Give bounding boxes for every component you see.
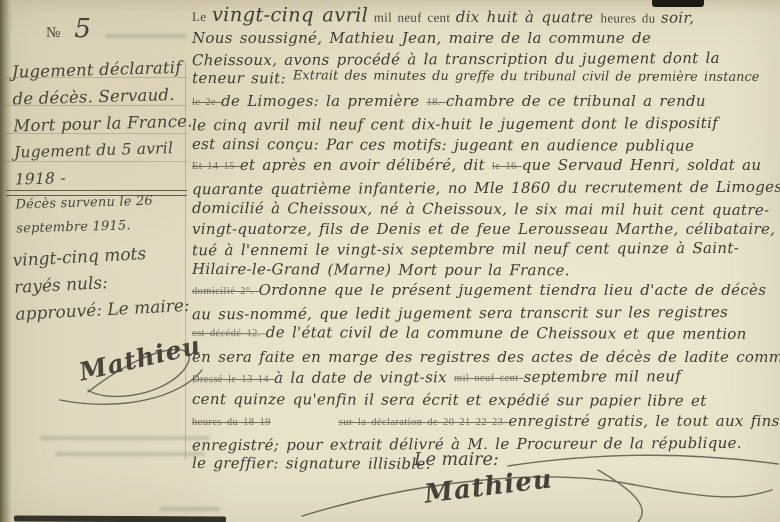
text-segment: le 2e <box>192 97 221 108</box>
text-segment: Dressé le 13 14 <box>192 374 274 385</box>
page-binding-edge <box>0 0 12 522</box>
body-line: Et 14 15 et après en avoir délibéré, dit… <box>192 155 776 178</box>
text-segment: le 16 <box>492 161 522 172</box>
body-line: teneur suit: Extrait des minutes du gref… <box>192 68 776 92</box>
text-segment: soir, <box>661 9 694 27</box>
act-number: №5 <box>46 14 91 44</box>
body-line: Cheissoux, avons procédé à la transcript… <box>192 47 776 70</box>
text-segment: est décédé 12. <box>192 328 266 339</box>
text-segment: mil neuf cent <box>454 373 524 384</box>
margin-annotation-title: Jugement déclaratif de décès. Servaud. M… <box>11 54 196 242</box>
text-segment: Ordonne que le présent jugement tiendra … <box>259 281 767 299</box>
body-line: tué à l'ennemi le vingt-six septembre mi… <box>192 238 776 261</box>
body-line: vingt-quatorze, fils de Denis et de feue… <box>192 219 776 239</box>
text-segment: le greffier: signature illisible. <box>192 454 431 473</box>
margin-annotation-line: Jugement du 5 avril 1918 - <box>14 134 195 193</box>
text-segment: Extrait des minutes du greffe du tribuna… <box>293 68 760 85</box>
text-segment: septembre mil neuf <box>524 367 682 386</box>
ink-bleed-ghost <box>160 507 220 511</box>
text-segment: sur la déclaration de 20 21 22 23 <box>339 417 509 428</box>
text-segment: au sus-nommé, que ledit jugement sera tr… <box>192 303 728 323</box>
scan-artifact-bottom <box>14 515 226 522</box>
act-number-value: 5 <box>74 14 91 44</box>
body-line: Nous soussigné, Mathieu Jean, maire de l… <box>192 28 776 48</box>
body-line: Dressé le 13 14 à la date de vingt-six m… <box>192 366 776 392</box>
body-line: domicilié 2°. Ordonne que le présent jug… <box>192 280 776 303</box>
text-segment: mil neuf cent <box>368 10 456 25</box>
ink-bleed-ghost <box>105 34 187 38</box>
body-line: domicilié à Cheissoux, né à Cheissoux, l… <box>192 198 776 220</box>
text-segment: enregistré gratis, le tout aux fins de d… <box>508 412 780 430</box>
text-segment: le cinq avril mil neuf cent dix-huit le … <box>192 114 718 134</box>
body-line: cent quinze qu'enfin il sera écrit et ex… <box>192 389 776 411</box>
text-segment: Et 14 15 <box>192 161 240 172</box>
text-segment: Nous soussigné, Mathieu Jean, maire de l… <box>192 29 651 47</box>
body-line: le cinq avril mil neuf cent dix-huit le … <box>192 113 776 136</box>
text-segment: en sera faite en marge des registres des… <box>192 348 780 366</box>
text-segment: à la date de vingt-six <box>274 368 454 387</box>
text-segment: teneur suit: <box>192 69 293 87</box>
text-segment: domicilié 2°. <box>192 286 259 297</box>
text-segment: heures du <box>601 10 661 25</box>
body-line: le 2e de Limoges: la première 18. chambr… <box>192 91 776 114</box>
text-segment: quarante quatrième infanterie, no Mle 18… <box>192 178 780 199</box>
text-segment: de Limoges: la première <box>221 92 426 110</box>
ink-bleed-ghost <box>40 436 210 440</box>
text-segment: tué à l'ennemi le vingt-six septembre mi… <box>192 239 739 259</box>
text-segment: Le <box>192 9 212 24</box>
body-line: quarante quatrième infanterie, no Mle 18… <box>192 177 776 200</box>
flourish-descender <box>598 470 642 522</box>
text-segment: et après en avoir délibéré, dit <box>240 156 492 174</box>
margin-annotation-line: Décès survenu le 26 septembre 1915. <box>15 188 196 241</box>
text-segment: Hilaire-le-Grand (Marne) Mort pour la Fr… <box>192 260 570 279</box>
body-text: Le vingt-cinq avril mil neuf cent dix hu… <box>192 6 776 475</box>
text-segment: que Servaud Henri, soldat au <box>522 156 762 174</box>
text-segment: domicilié à Cheissoux, né à Cheissoux, l… <box>192 199 769 219</box>
text-segment: chambre de ce tribunal a rendu <box>446 92 706 110</box>
closing-le-maire-label: Le maire: <box>414 450 499 470</box>
text-segment: cent quinze qu'enfin il sera écrit et ex… <box>192 390 707 410</box>
body-line: heures du 18 19sur la déclaration de 20 … <box>192 411 776 434</box>
text-segment: est ainsi conçu: Par ces motifs: jugeant… <box>192 135 694 155</box>
ink-bleed-ghost <box>55 452 205 456</box>
text-segment: de l'état civil de la commune de Cheisso… <box>266 324 747 344</box>
text-segment: Cheissoux, avons procédé à la transcript… <box>192 49 720 69</box>
body-line: Hilaire-le-Grand (Marne) Mort pour la Fr… <box>192 259 776 281</box>
body-line: est ainsi conçu: Par ces motifs: jugeant… <box>192 134 776 156</box>
text-segment: dix huit à quatre <box>456 8 601 27</box>
body-line: est décédé 12. de l'état civil de la com… <box>192 322 776 347</box>
text-segment: vingt-quatorze, fils de Denis et de feue… <box>192 220 780 238</box>
text-segment: 18. <box>426 97 445 108</box>
text-segment: vingt-cinq avril <box>212 3 368 27</box>
document-page: №5 Jugement déclaratif de décès. Servaud… <box>0 0 780 522</box>
numero-sign: № <box>46 25 60 41</box>
text-segment: heures du 18 19 <box>192 417 271 428</box>
body-line: Le vingt-cinq avril mil neuf cent dix hu… <box>192 5 776 29</box>
body-line: en sera faite en marge des registres des… <box>192 347 776 367</box>
margin-crossed-words-note: vingt-cinq mots rayés nuls: approuvé: Le… <box>12 238 206 329</box>
